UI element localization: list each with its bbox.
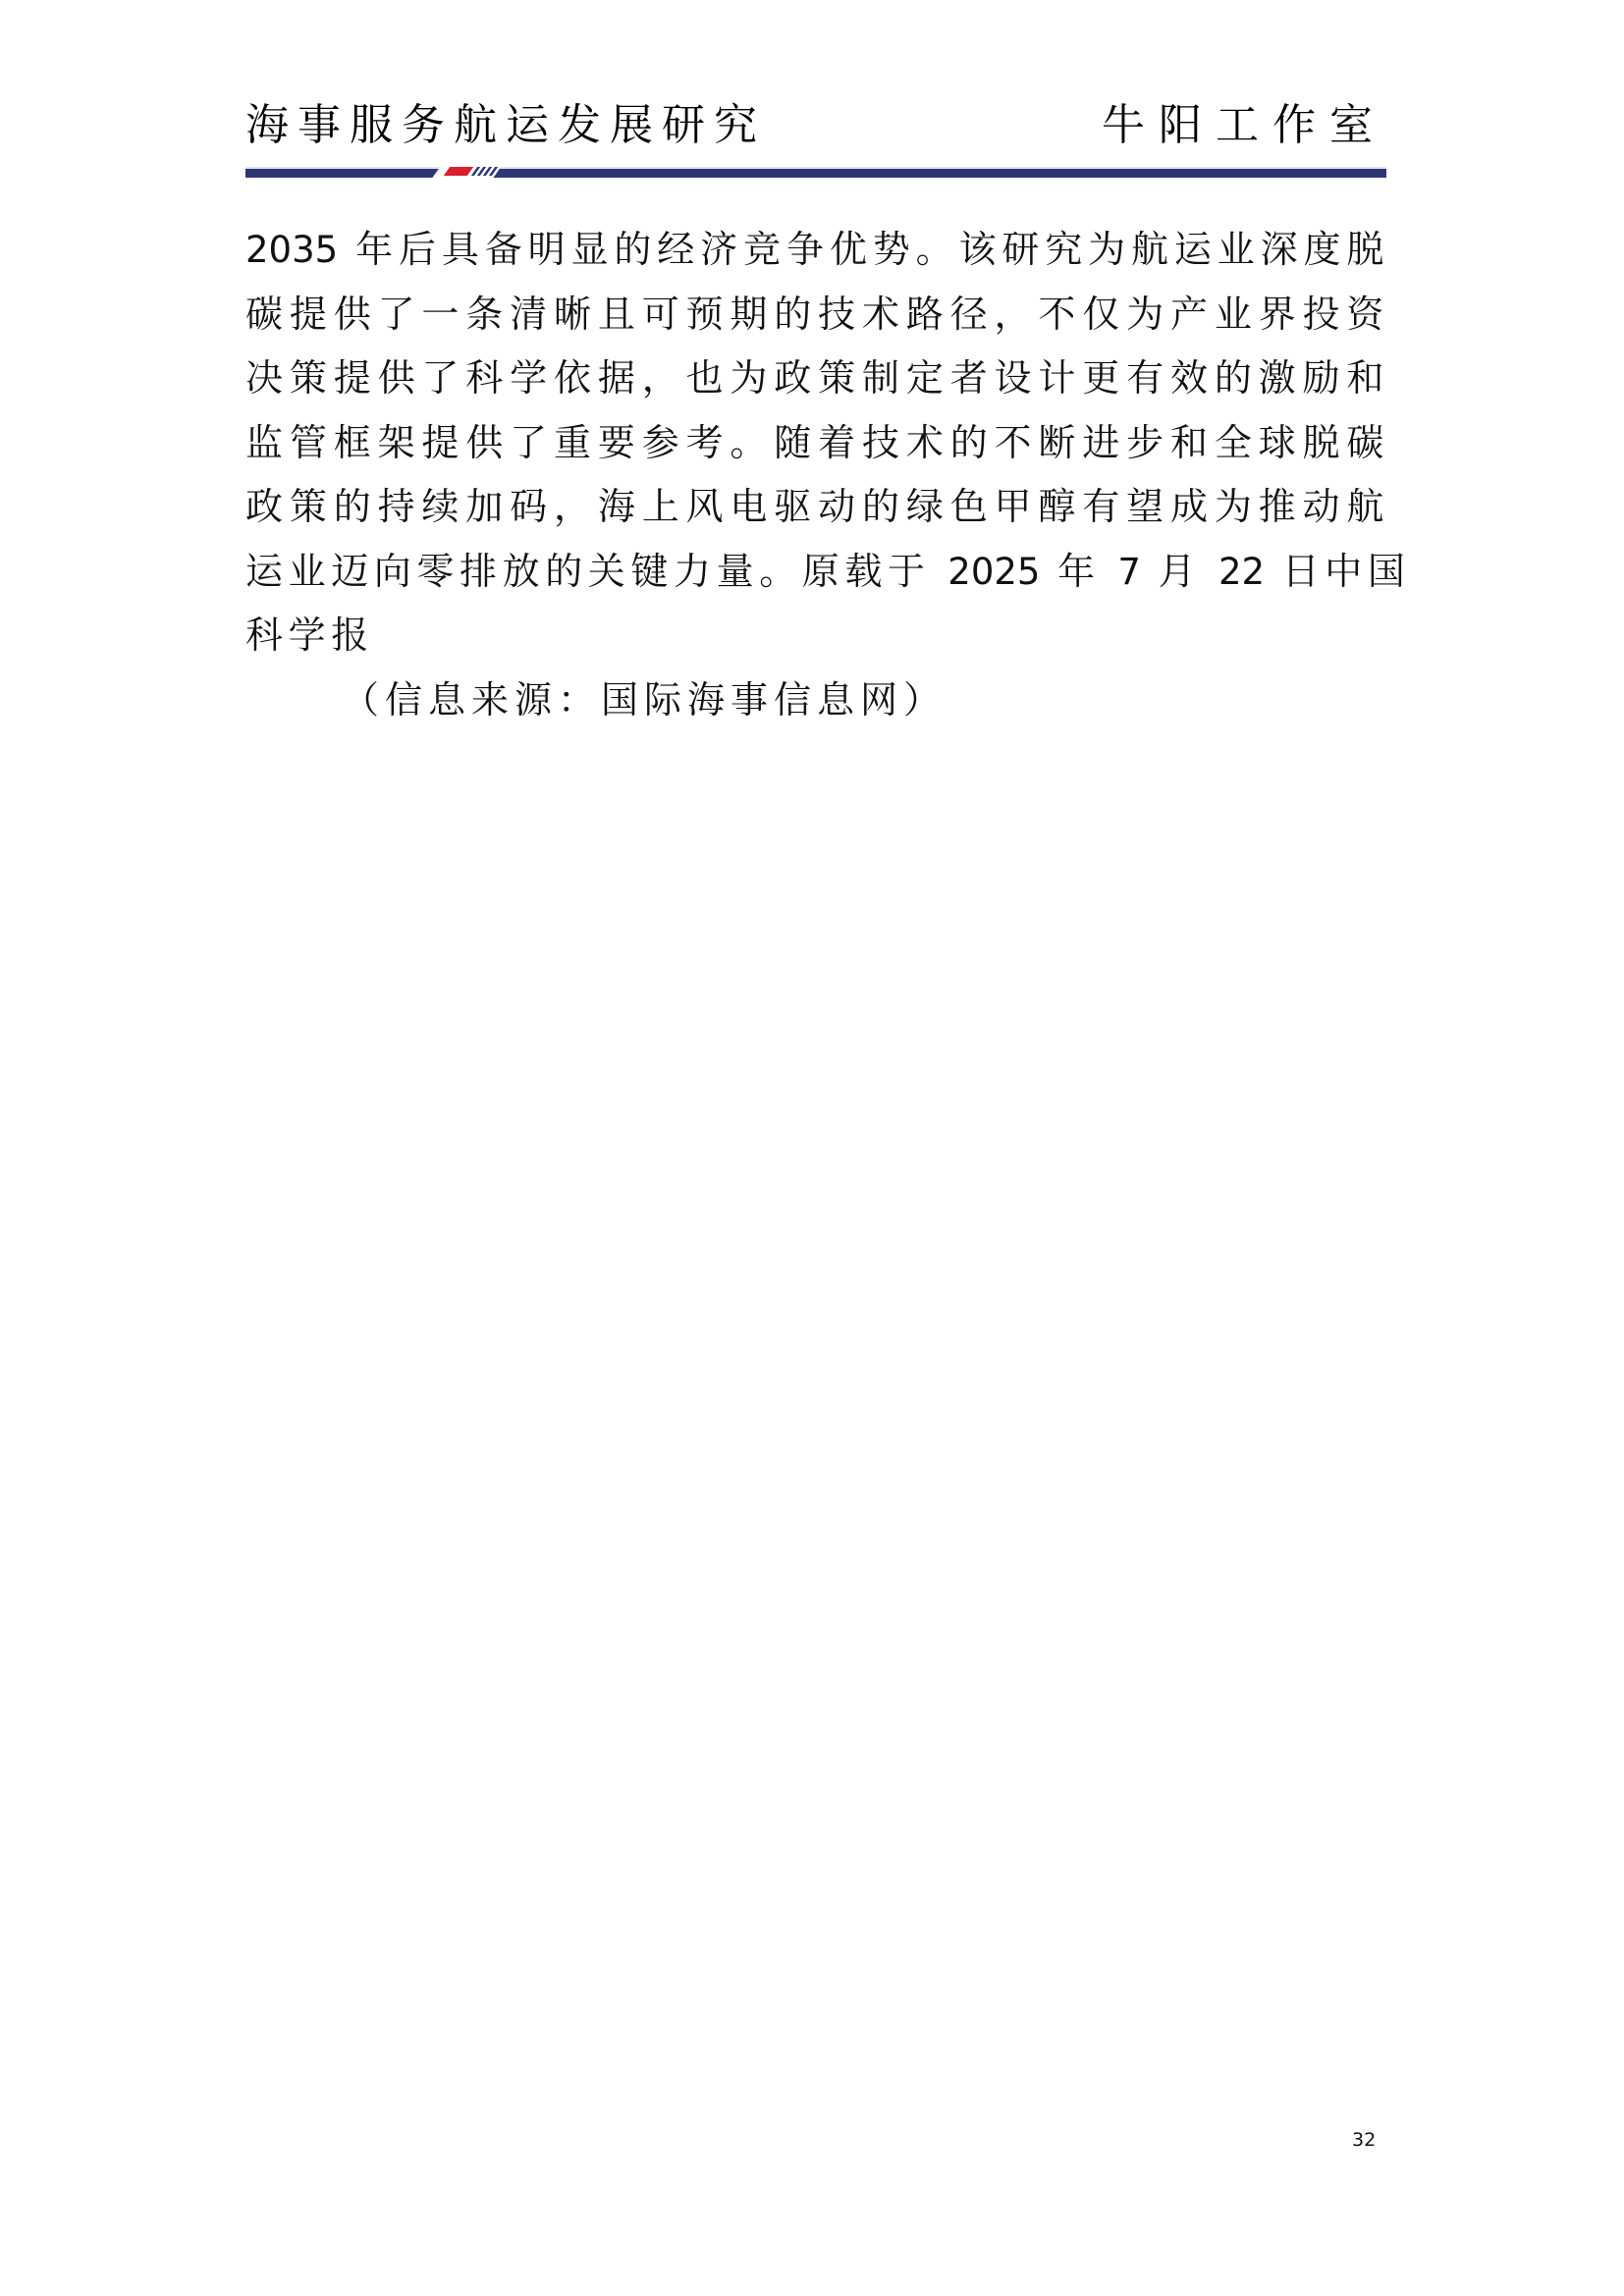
publish-year: 2025 xyxy=(947,551,1040,593)
body-line-1: 2035 年后具备明显的经济竞争优势。该研究为航运业深度脱 xyxy=(245,218,1389,283)
page-number: 32 xyxy=(1352,2129,1376,2151)
source-attribution: （信息来源：国际海事信息网） xyxy=(245,668,1389,733)
article-body: 2035 年后具备明显的经济竞争优势。该研究为航运业深度脱 碳提供了一条清晰且可… xyxy=(245,218,1389,732)
year-number: 2035 xyxy=(245,229,338,271)
header-rule-divider xyxy=(245,167,1386,178)
header-accent-stripe-icon xyxy=(432,165,502,178)
header-studio-name: 牛阳工作室 xyxy=(1102,96,1386,155)
accent-red-block xyxy=(444,167,473,176)
body-line-6: 运业迈向零排放的关键力量。原载于 2025 年 7 月 22 日中国 xyxy=(245,540,1389,605)
publish-month: 7 xyxy=(1117,551,1141,593)
publish-day: 22 xyxy=(1218,551,1265,593)
body-line-2: 碳提供了一条清晰且可预期的技术路径，不仅为产业界投资 xyxy=(245,283,1389,347)
body-line-7: 科学报 xyxy=(245,604,1389,668)
body-line-4: 监管框架提供了重要参考。随着技术的不断进步和全球脱碳 xyxy=(245,411,1389,476)
body-line-3: 决策提供了科学依据，也为政策制定者设计更有效的激励和 xyxy=(245,347,1389,411)
body-line-5: 政策的持续加码，海上风电驱动的绿色甲醇有望成为推动航 xyxy=(245,475,1389,540)
page-header: 海事服务航运发展研究 牛阳工作室 xyxy=(245,96,1386,185)
header-title: 海事服务航运发展研究 xyxy=(245,96,766,155)
